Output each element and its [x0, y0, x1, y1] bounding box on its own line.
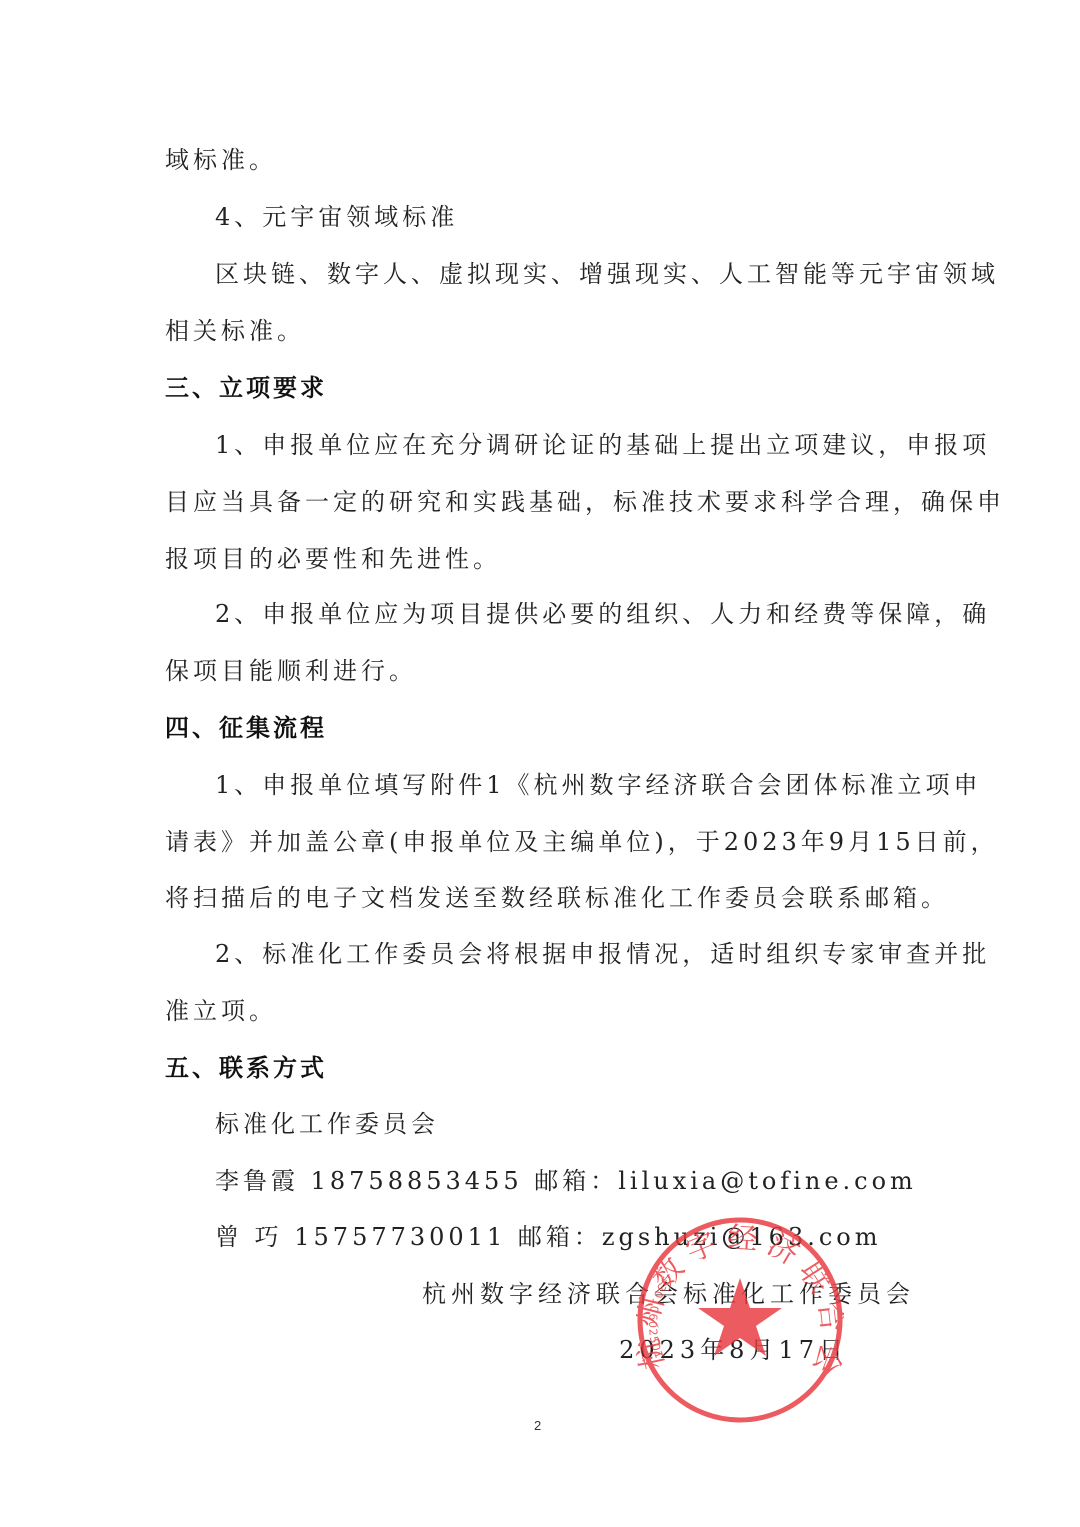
- paragraph-line: 准立项。: [165, 995, 277, 1027]
- page-number: 2: [534, 1418, 541, 1433]
- signature-organization: 杭州数字经济联合会标准化工作委员会: [422, 1278, 915, 1310]
- section-heading: 四、征集流程: [165, 712, 327, 744]
- paragraph-line: 曾 巧 15757730011 邮箱：zgshuzi@163.com: [215, 1221, 882, 1253]
- paragraph-line: 1、申报单位应在充分调研论证的基础上提出立项建议，申报项: [215, 429, 990, 461]
- section-heading: 三、立项要求: [165, 372, 327, 404]
- paragraph-line: 2、申报单位应为项目提供必要的组织、人力和经费等保障，确: [215, 598, 990, 630]
- paragraph-line: 保项目能顺利进行。: [165, 655, 417, 687]
- signature-date: 2023年8月17日: [619, 1334, 848, 1366]
- paragraph-line: 2、标准化工作委员会将根据申报情况，适时组织专家审查并批: [215, 938, 990, 970]
- paragraph-line: 域标准。: [165, 144, 277, 176]
- paragraph-line: 4、元宇宙领域标准: [215, 201, 458, 233]
- paragraph-line: 标准化工作委员会: [215, 1108, 439, 1140]
- section-heading: 五、联系方式: [165, 1052, 327, 1084]
- paragraph-line: 区块链、数字人、虚拟现实、增强现实、人工智能等元宇宙领域: [215, 258, 999, 290]
- paragraph-line: 目应当具备一定的研究和实践基础，标准技术要求科学合理，确保申: [165, 486, 1005, 518]
- paragraph-line: 1、申报单位填写附件1《杭州数字经济联合会团体标准立项申: [215, 769, 982, 801]
- paragraph-line: 报项目的必要性和先进性。: [165, 543, 501, 575]
- paragraph-line: 相关标准。: [165, 315, 305, 347]
- paragraph-line: 李鲁霞 18758853455 邮箱：liluxia@tofine.com: [215, 1165, 917, 1197]
- paragraph-line: 请表》并加盖公章(申报单位及主编单位)，于2023年9月15日前，: [165, 826, 999, 858]
- paragraph-line: 将扫描后的电子文档发送至数经联标准化工作委员会联系邮箱。: [165, 882, 949, 914]
